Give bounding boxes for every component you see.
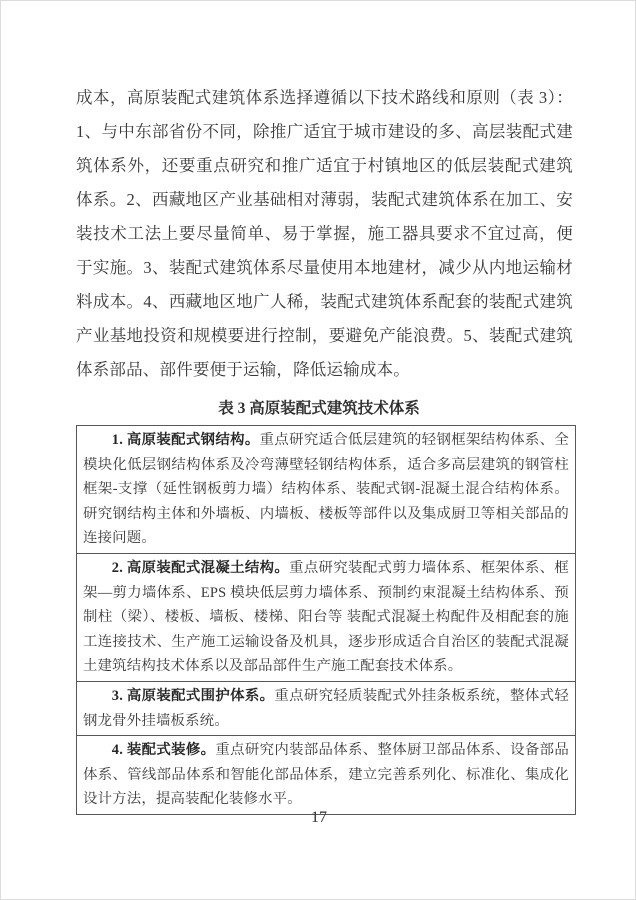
row-title: 1. 高原装配式钢结构。 xyxy=(112,432,260,448)
technology-table: 1. 高原装配式钢结构。重点研究适合低层建筑的轻钢框架结构体系、全模块化低层钢结… xyxy=(76,425,576,815)
body-paragraph: 成本，高原装配式建筑体系选择遵循以下技术路线和原则（表 3）：1、与中东部省份不… xyxy=(76,81,573,387)
page-number: 17 xyxy=(1,809,636,827)
table-caption: 表 3 高原装配式建筑技术体系 xyxy=(1,396,636,418)
row-title: 2. 高原装配式混凝土结构。 xyxy=(112,560,289,576)
table-row-steel-structure: 1. 高原装配式钢结构。重点研究适合低层建筑的轻钢框架结构体系、全模块化低层钢结… xyxy=(77,426,575,554)
table-row-envelope-system: 3. 高原装配式围护体系。重点研究轻质装配式外挂条板系统，整体式轻钢龙骨外挂墙板… xyxy=(77,682,575,736)
row-title: 3. 高原装配式围护体系。 xyxy=(112,688,275,704)
table-row-concrete-structure: 2. 高原装配式混凝土结构。重点研究装配式剪力墙体系、框架体系、框架—剪力墙体系… xyxy=(77,554,575,682)
row-body: 重点研究装配式剪力墙体系、框架体系、框架—剪力墙体系、EPS 模块低层剪力墙体系… xyxy=(83,560,569,674)
table-cell: 3. 高原装配式围护体系。重点研究轻质装配式外挂条板系统，整体式轻钢龙骨外挂墙板… xyxy=(83,684,569,733)
table-cell: 4. 装配式装修。重点研究内装部品体系、整体厨卫部品体系、设备部品体系、管线部品… xyxy=(83,738,569,812)
row-body: 重点研究适合低层建筑的轻钢框架结构体系、全模块化低层钢结构体系及冷弯薄壁轻钢结构… xyxy=(83,432,569,546)
document-page: 成本，高原装配式建筑体系选择遵循以下技术路线和原则（表 3）：1、与中东部省份不… xyxy=(0,0,636,900)
table-row-decoration: 4. 装配式装修。重点研究内装部品体系、整体厨卫部品体系、设备部品体系、管线部品… xyxy=(77,736,575,814)
table-cell: 1. 高原装配式钢结构。重点研究适合低层建筑的轻钢框架结构体系、全模块化低层钢结… xyxy=(83,428,569,551)
table-cell: 2. 高原装配式混凝土结构。重点研究装配式剪力墙体系、框架体系、框架—剪力墙体系… xyxy=(83,556,569,679)
row-title: 4. 装配式装修。 xyxy=(112,742,216,758)
